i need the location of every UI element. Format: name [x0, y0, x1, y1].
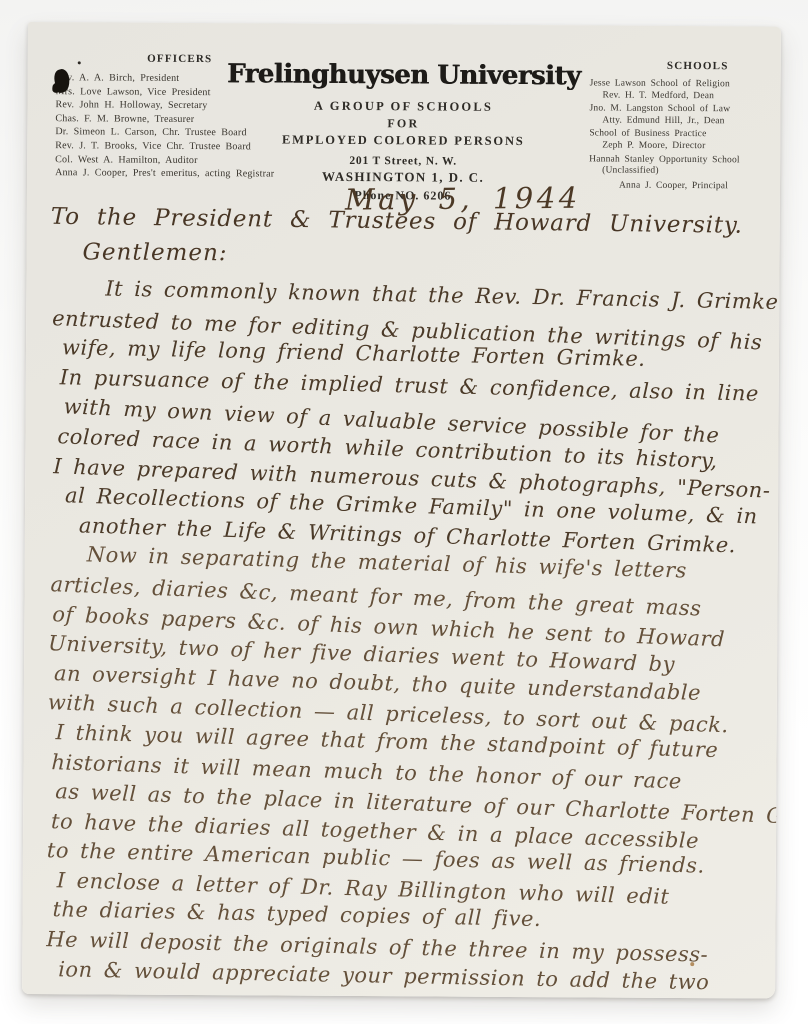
school-entry: (Unclassified): [589, 166, 781, 179]
school-dean-entry: Zeph P. Moore, Director: [589, 140, 781, 153]
school-entry: Jesse Lawson School of Religion: [590, 78, 781, 91]
group-line-3: EMPLOYED COLORED PERSONS: [225, 132, 581, 149]
address-line-1: 201 T Street, N. W.: [225, 154, 581, 168]
salutation-line: Gentlemen:: [83, 239, 228, 266]
group-line-2: FOR: [225, 115, 581, 132]
school-dean-entry: Atty. Edmund Hill, Jr., Dean: [589, 115, 781, 128]
group-line-1: A GROUP OF SCHOOLS: [225, 98, 581, 115]
schools-column: SCHOOLS Jesse Lawson School of Religion …: [589, 59, 781, 193]
recipient-line: To the President & Trustees of Howard Un…: [51, 204, 743, 239]
letter-page: OFFICERS Rev. A. A. Birch, President Mrs…: [22, 22, 781, 999]
school-principal-entry: Anna J. Cooper, Principal: [589, 180, 781, 193]
school-entry: Jno. M. Langston School of Law: [589, 104, 781, 117]
university-name: Frelinghuysen University: [226, 59, 582, 91]
school-dean-entry: Rev. H. T. Medford, Dean: [590, 90, 781, 103]
letter-body: It is commonly known that the Rev. Dr. F…: [46, 274, 776, 989]
ink-speck: [78, 61, 81, 64]
schools-title: SCHOOLS: [602, 60, 781, 73]
